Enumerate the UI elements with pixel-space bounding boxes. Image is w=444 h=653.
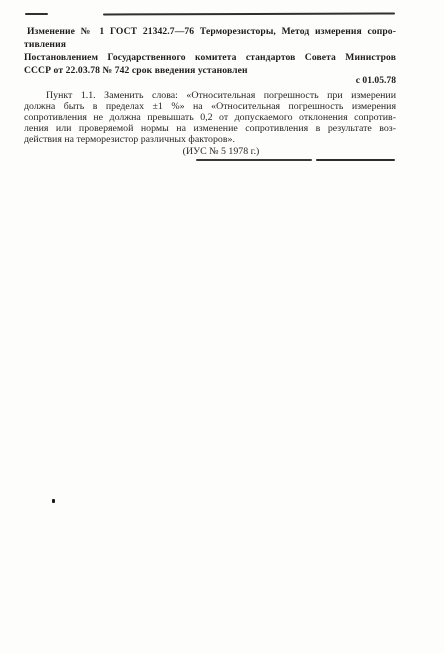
decree-line-1: Постановлением Государственного комитета… — [24, 51, 396, 64]
clause-line-1: Пункт 1.1. Заменить слова: «Относительна… — [24, 90, 396, 101]
ink-speck — [52, 499, 55, 503]
clause-line-2: должна быть в пределах ±1 %» на «Относит… — [24, 101, 396, 112]
amendment-title-line-1: Изменение № 1 ГОСТ 21342.7—76 Терморезис… — [24, 25, 396, 38]
clause-paragraph: Пункт 1.1. Заменить слова: «Относительна… — [24, 90, 396, 145]
amendment-title-line-2: тивления — [24, 38, 396, 51]
amendment-title: Изменение № 1 ГОСТ 21342.7—76 Терморезис… — [24, 25, 396, 51]
clause-line-4: ления или проверяемой нормы на изменение… — [24, 123, 396, 134]
bottom-rule-right — [316, 159, 395, 161]
bottom-rule-left — [196, 159, 312, 161]
decree-paragraph: Постановлением Государственного комитета… — [24, 51, 396, 77]
source-note: (ИУС № 5 1978 г.) — [35, 146, 407, 157]
clause-line-5: действия на терморезистор различных факт… — [24, 134, 396, 145]
document-page: Изменение № 1 ГОСТ 21342.7—76 Терморезис… — [0, 0, 444, 653]
document-content: Изменение № 1 ГОСТ 21342.7—76 Терморезис… — [24, 0, 396, 157]
clause-line-3: сопротивления не должна превышать 0,2 от… — [24, 112, 396, 123]
